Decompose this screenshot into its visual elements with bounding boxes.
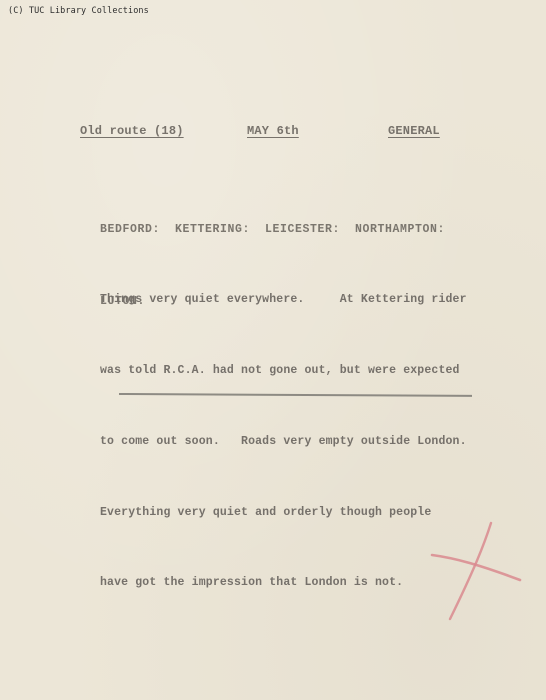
category-heading: GENERAL	[388, 124, 440, 138]
report-line: have got the impression that London is n…	[100, 571, 467, 595]
places-line: BEDFORD: KETTERING: LEICESTER: NORTHAMPT…	[100, 218, 445, 242]
copyright-watermark: (C) TUC Library Collections	[8, 6, 149, 16]
document-page: (C) TUC Library Collections Old route (1…	[0, 0, 546, 700]
report-body: Things very quiet everywhere. At Ketteri…	[100, 241, 467, 642]
route-heading: Old route (18)	[80, 124, 184, 138]
report-line: was told R.C.A. had not gone out, but we…	[100, 359, 467, 383]
report-line: Things very quiet everywhere. At Ketteri…	[100, 288, 467, 312]
report-line: to come out soon. Roads very empty outsi…	[100, 430, 467, 454]
report-line: Everything very quiet and orderly though…	[100, 501, 467, 525]
date-heading: MAY 6th	[247, 124, 299, 138]
red-pencil-cross-icon	[420, 515, 530, 625]
